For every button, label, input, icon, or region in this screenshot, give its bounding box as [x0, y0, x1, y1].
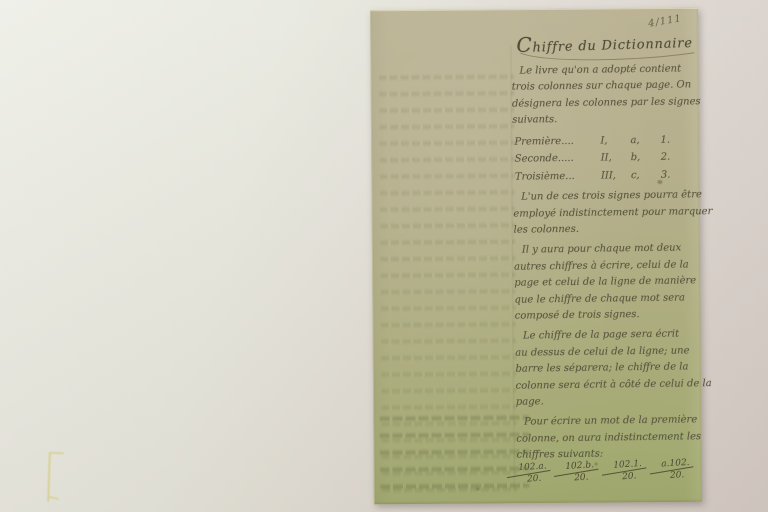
manuscript-line: page et celui de la ligne de manière	[514, 273, 704, 292]
cipher-fraction: a.102. 20.	[654, 458, 694, 483]
column-roman: III,	[601, 167, 631, 185]
manuscript-line: L'un de ces trois signes pourra être	[521, 187, 703, 206]
paragraph-word-cipher: Il y aura pour chaque mot deux autres ch…	[514, 241, 705, 326]
manuscript-line: que le chiffre de chaque mot sera	[514, 290, 704, 309]
manuscript-line: colonne, on aura indistinctement les	[516, 429, 706, 448]
column-letter: a,	[630, 131, 660, 149]
fraction-numerator: a.102.	[654, 458, 693, 472]
manuscript-body: Le livre qu'on a adopté contient trois c…	[511, 61, 706, 468]
fraction-numerator: 102.a.	[511, 461, 550, 475]
manuscript-line: suivants.	[512, 110, 702, 129]
manuscript-line: les colonnes.	[514, 220, 704, 239]
manuscript-line: page.	[516, 392, 706, 411]
cipher-fraction: 102.a. 20.	[511, 461, 551, 486]
folio-number: 4/111	[648, 13, 683, 29]
fraction-numerator: 102.1.	[606, 459, 645, 473]
paragraph-page-number-rule: Le chiffre de la page sera écrit au dess…	[515, 327, 706, 412]
column-roman: II,	[601, 149, 631, 167]
manuscript-line: employé indistinctement pour marquer	[513, 204, 703, 223]
column-letter: c,	[631, 166, 661, 184]
column-roman: I,	[600, 132, 630, 150]
column-number: 2.	[661, 148, 691, 166]
verso-bleedthrough-texture-bottom	[379, 407, 530, 500]
manuscript-line: composé de trois signes.	[515, 306, 705, 325]
paper-speck	[476, 487, 480, 490]
column-number: 3.	[661, 166, 691, 184]
backdrop-pencil-mark	[47, 452, 64, 502]
manuscript-line: désignera les colonnes par les signes	[512, 94, 702, 113]
photo-backdrop: 4/111 Chiffre du Dictionnaire Le livre q…	[0, 0, 768, 512]
manuscript-line: colonne sera écrit à côté de celui de la	[516, 376, 706, 395]
column-label: Première....	[514, 132, 600, 151]
cipher-examples: 102.a. 20. 102.b. 20. 102.1. 20. a.102. …	[511, 458, 704, 486]
fraction-numerator: 102.b.	[558, 460, 597, 474]
manuscript-line: barre les séparera; le chiffre de la	[515, 359, 705, 378]
cipher-fraction: 102.b. 20.	[558, 460, 598, 485]
manuscript-line: Il y aura pour chaque mot deux	[522, 241, 704, 260]
paragraph-intro: Le livre qu'on a adopté contient trois c…	[511, 61, 702, 129]
manuscript-page: 4/111 Chiffre du Dictionnaire Le livre q…	[370, 8, 702, 505]
column-signs-list: Première.... I, a, 1. Seconde..... II, b…	[514, 131, 703, 186]
paragraph-first-column-example: Pour écrire un mot de la première colonn…	[516, 413, 707, 465]
paragraph-signs-usage: L'un de ces trois signes pourra être emp…	[513, 187, 704, 239]
column-letter: b,	[631, 149, 661, 167]
cipher-fraction: 102.1. 20.	[606, 459, 646, 484]
column-label: Troisième...	[515, 167, 601, 186]
column-list-row: Troisième... III, c, 3.	[515, 166, 703, 186]
column-label: Seconde.....	[515, 150, 601, 169]
column-number: 1.	[660, 131, 690, 149]
